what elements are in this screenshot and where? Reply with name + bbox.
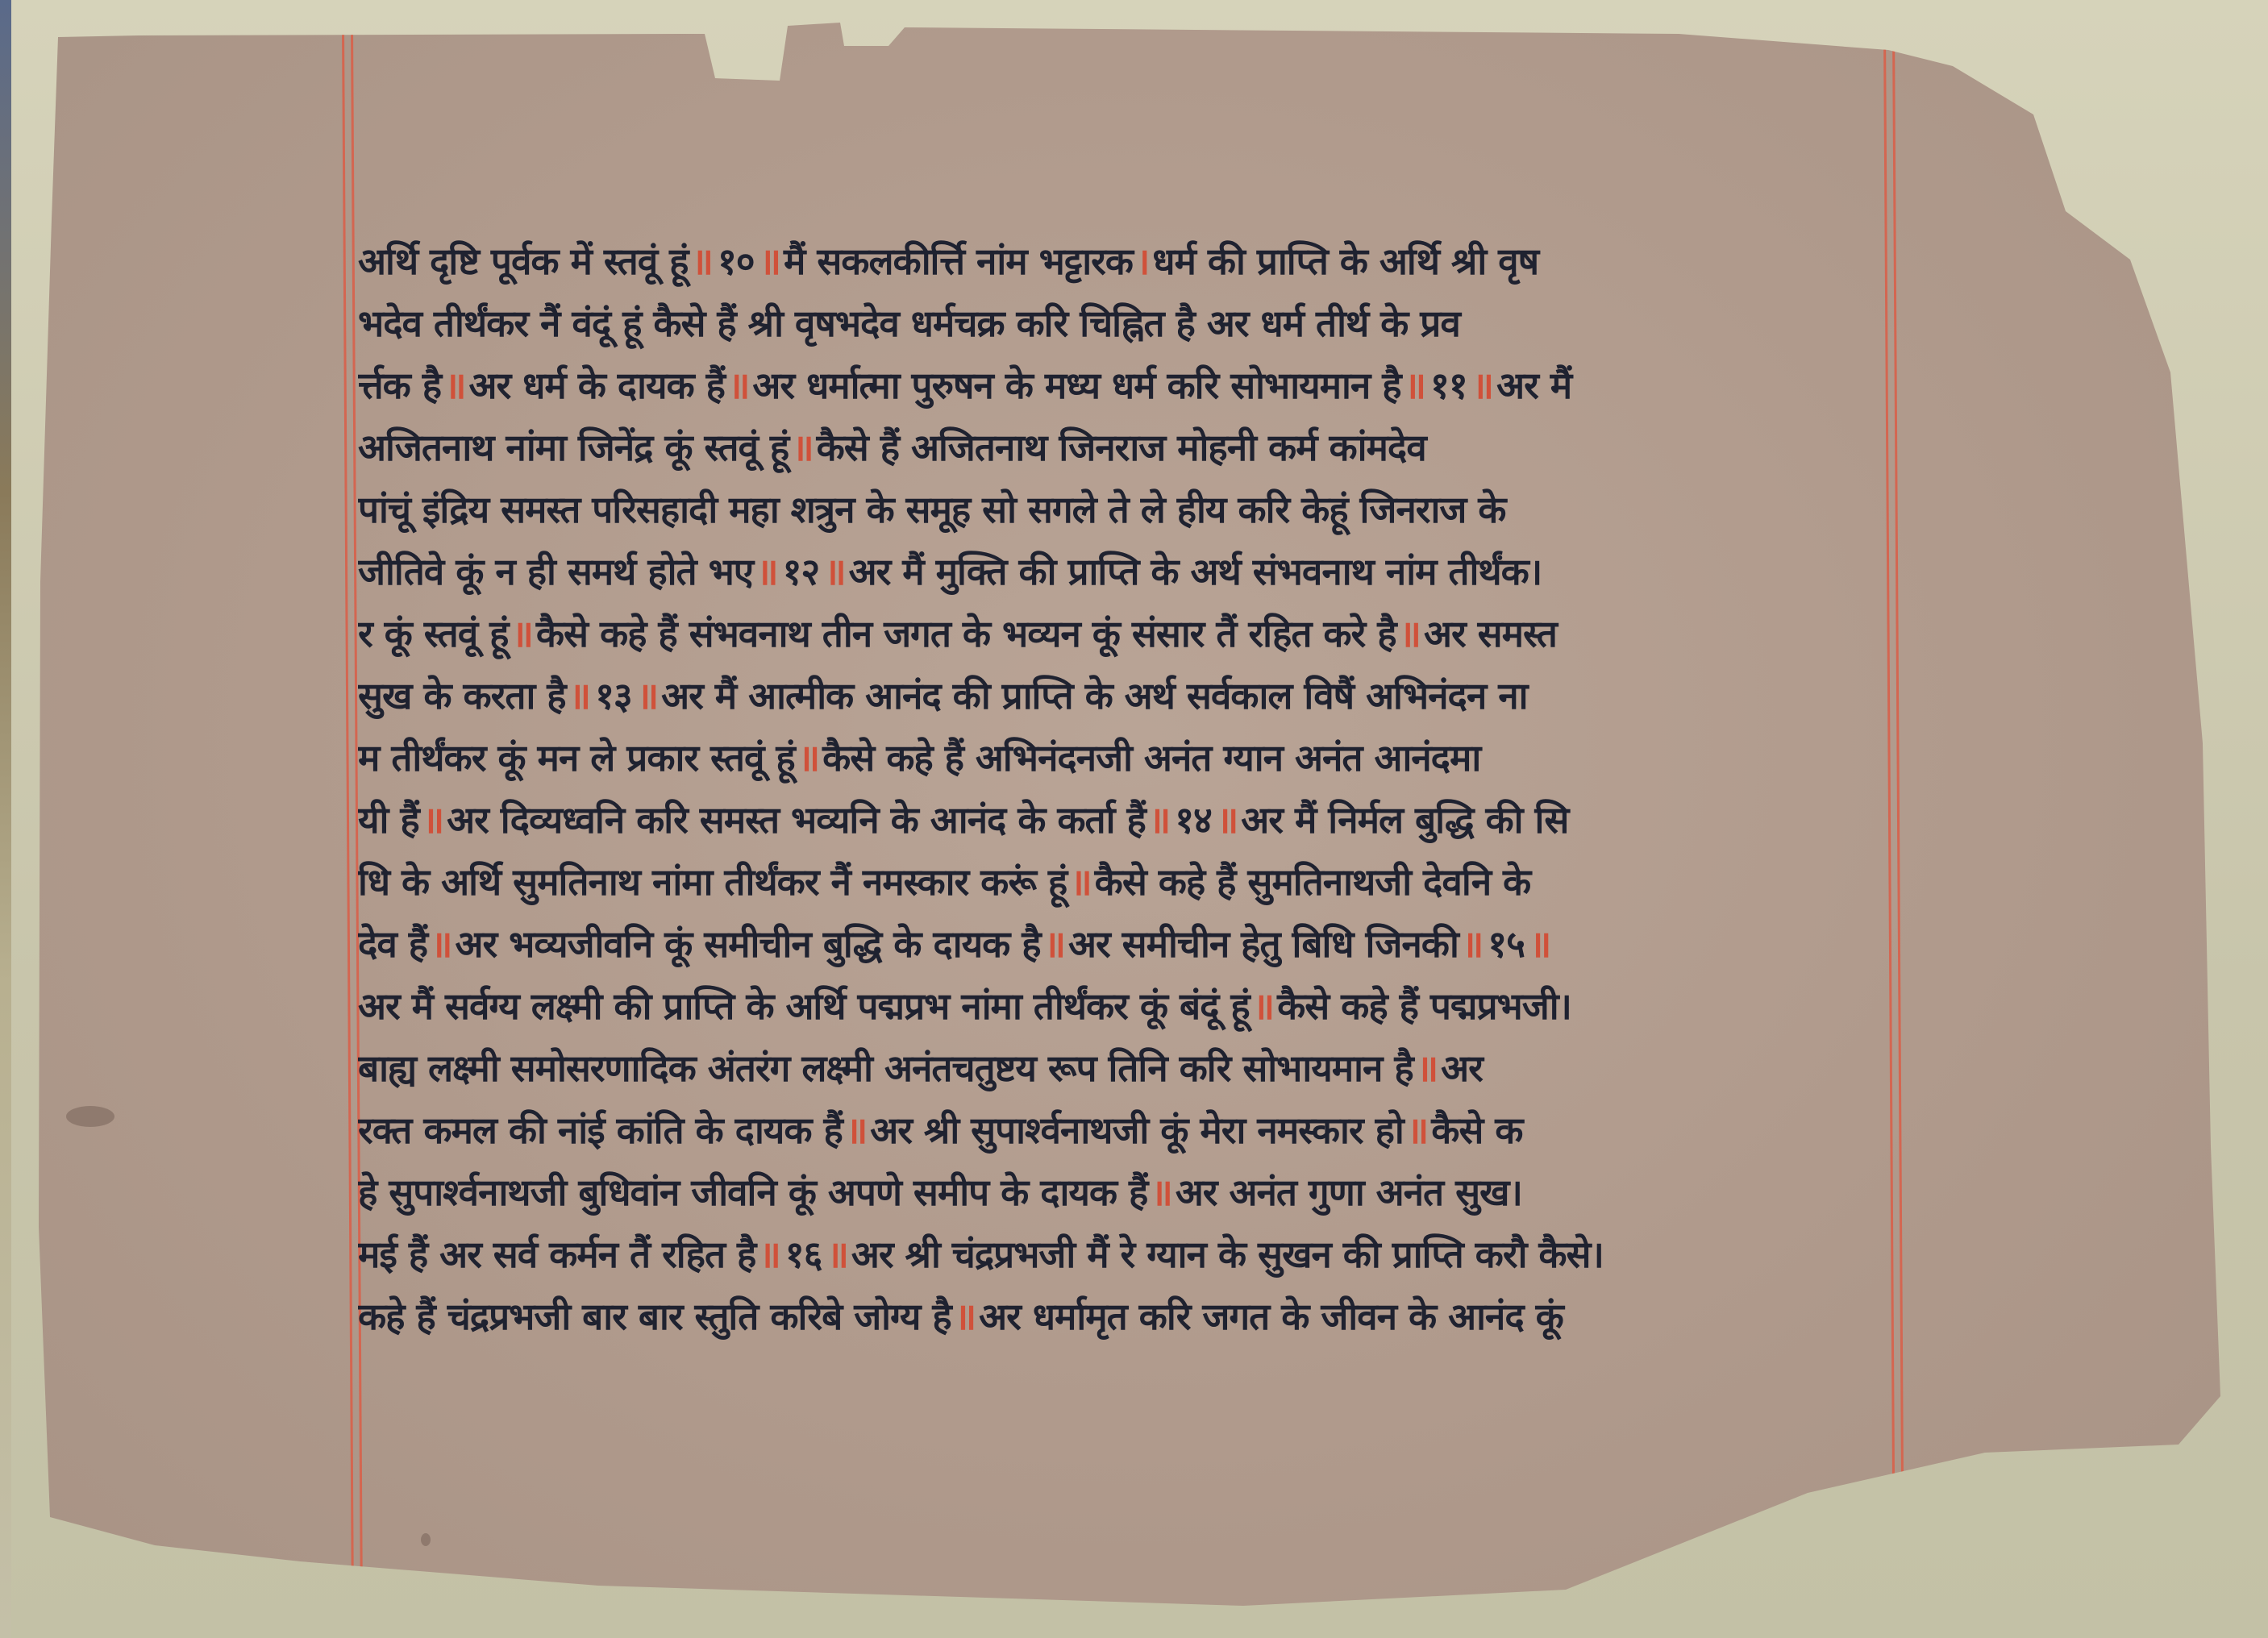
- text-segment: धि के अर्थि सुमतिनाथ नांमा तीर्थंकर नैं …: [358, 856, 1067, 906]
- red-danda-mark: ॥: [1149, 794, 1170, 844]
- red-danda-mark: ॥: [1472, 360, 1493, 409]
- text-segment: कैसे क: [1431, 1104, 1522, 1154]
- manuscript-line: कहे हैं चंद्रप्रभजी बार बार स्तुति करिबे…: [358, 1284, 1946, 1346]
- text-segment: अर भव्यजीवनि कूं समीचीन बुद्धि के दायक ह…: [455, 918, 1040, 968]
- manuscript-line: अर मैं सर्वग्य लक्ष्मी की प्राप्ति के अर…: [358, 974, 1946, 1036]
- text-segment: अर्थि दृष्टि पूर्वक में स्तवूं हूं: [358, 235, 689, 285]
- verse-number: १३: [595, 670, 632, 720]
- red-danda-mark: ॥: [1070, 856, 1091, 906]
- paper-stain: [421, 1533, 431, 1546]
- text-segment: अजितनाथ नांमा जिनेंद्र कूं स्तवूं हूं: [358, 422, 789, 472]
- text-segment: पांचूं इंद्रिय समस्त परिसहादी महा शत्रुन…: [358, 484, 1505, 534]
- manuscript-line: सुख के करता है॥१३॥अर मैं आत्मीक आनंद की …: [358, 663, 1946, 725]
- text-segment: अर श्री चंद्रप्रभजी मैं रे ग्यान के सुखन…: [851, 1228, 1604, 1278]
- manuscript-line: यी हैं॥अर दिव्यध्वनि करि समस्त भव्यनि के…: [358, 788, 1946, 850]
- red-danda-mark: ॥: [824, 546, 845, 596]
- text-segment: अर समीचीन हेतु बिधि जिनकी: [1068, 918, 1459, 968]
- text-segment: अर मैं मुक्ति की प्राप्ति के अर्थ संभवना…: [849, 546, 1542, 596]
- red-danda-mark: ॥: [1407, 1104, 1428, 1154]
- manuscript-line: पांचूं इंद्रिय समस्त परिसहादी महा शत्रुन…: [358, 477, 1946, 539]
- red-danda-mark: ॥: [692, 235, 713, 285]
- text-segment: अर धर्मात्मा पुरुषन के मध्य धर्म करि सोभ…: [752, 360, 1400, 409]
- text-segment: कैसे कहे हैं पद्मप्रभजी।: [1277, 980, 1571, 1030]
- red-danda-mark: ॥: [1417, 1042, 1438, 1092]
- manuscript-text-block: अर्थि दृष्टि पूर्वक में स्तवूं हूं॥१०॥मै…: [358, 229, 1946, 1346]
- red-danda-mark: ॥: [798, 732, 819, 782]
- manuscript-line: अजितनाथ नांमा जिनेंद्र कूं स्तवूं हूं॥कै…: [358, 415, 1946, 477]
- red-danda-mark: ॥: [826, 1228, 847, 1278]
- red-danda-mark: ।: [1136, 235, 1149, 285]
- manuscript-line: र्त्तक है॥अर धर्म के दायक हैं॥अर धर्मात्…: [358, 353, 1946, 415]
- background-edge-strip: [0, 0, 11, 1638]
- red-danda-mark: ॥: [759, 235, 780, 285]
- text-segment: कहे हैं चंद्रप्रभजी बार बार स्तुति करिबे…: [358, 1291, 951, 1341]
- text-segment: अर मैं आत्मीक आनंद की प्राप्ति के अर्थ स…: [661, 670, 1527, 720]
- text-segment: मई हैं अर सर्व कर्मन तैं रहित है: [358, 1228, 755, 1278]
- text-segment: बाह्य लक्ष्मी समोसरणादिक अंतरंग लक्ष्मी …: [358, 1042, 1413, 1092]
- red-danda-mark: ॥: [1529, 918, 1550, 968]
- red-danda-mark: ॥: [637, 670, 658, 720]
- text-segment: कैसे हैं अजितनाथ जिनराज मोहनी कर्म कांमद…: [817, 422, 1426, 472]
- text-segment: देव हैं: [358, 918, 427, 968]
- manuscript-line: मई हैं अर सर्व कर्मन तैं रहित है॥१६॥अर श…: [358, 1222, 1946, 1284]
- text-segment: अर श्री सुपार्श्वनाथजी कूं मेरा नमस्कार …: [870, 1104, 1404, 1154]
- red-danda-mark: ॥: [569, 670, 590, 720]
- text-segment: जीतिवे कूं न ही समर्थ होते भए: [358, 546, 753, 596]
- red-danda-mark: ॥: [1217, 794, 1238, 844]
- text-segment: अर दिव्यध्वनि करि समस्त भव्यनि के आनंद क…: [447, 794, 1146, 844]
- text-segment: अर: [1441, 1042, 1483, 1092]
- verse-number: १२: [783, 546, 820, 596]
- red-danda-mark: ॥: [422, 794, 443, 844]
- manuscript-line: र कूं स्तवूं हूं॥कैसे कहे हैं संभवनाथ ती…: [358, 601, 1946, 663]
- text-segment: कैसे कहे हैं सुमतिनाथजी देवनि के: [1095, 856, 1531, 906]
- red-danda-mark: ॥: [1400, 608, 1421, 658]
- manuscript-folio: अर्थि दृष्टि पूर्वक में स्तवूं हूं॥१०॥मै…: [34, 18, 2237, 1622]
- verse-number: १०: [718, 235, 755, 285]
- manuscript-line: भदेव तीर्थंकर नैं वंदूं हूं कैसे हैं श्र…: [358, 291, 1946, 353]
- red-danda-mark: ॥: [759, 1228, 780, 1278]
- manuscript-line: म तीर्थंकर कूं मन ले प्रकार स्तवूं हूं॥क…: [358, 725, 1946, 788]
- text-segment: अर धर्मामृत करि जगत के जीवन के आनंद कूं: [979, 1291, 1563, 1341]
- red-danda-mark: ॥: [1044, 918, 1065, 968]
- verse-number: १५: [1488, 918, 1525, 968]
- text-segment: हे सुपार्श्वनाथजी बुधिवांन जीवनि कूं अपण…: [358, 1166, 1147, 1216]
- manuscript-line: बाह्य लक्ष्मी समोसरणादिक अंतरंग लक्ष्मी …: [358, 1036, 1946, 1098]
- red-danda-mark: ॥: [756, 546, 777, 596]
- red-danda-mark: ॥: [1462, 918, 1483, 968]
- red-danda-mark: ॥: [444, 360, 465, 409]
- text-segment: अर अनंत गुणा अनंत सुख।: [1176, 1166, 1522, 1216]
- manuscript-line: रक्त कमल की नांई कांति के दायक हैं॥अर श्…: [358, 1098, 1946, 1160]
- text-segment: र कूं स्तवूं हूं: [358, 608, 508, 658]
- text-segment: धर्म की प्राप्ति के अर्थि श्री वृष: [1152, 235, 1538, 285]
- red-danda-mark: ॥: [846, 1104, 867, 1154]
- red-danda-mark: ॥: [1404, 360, 1425, 409]
- verse-number: १४: [1175, 794, 1212, 844]
- text-segment: अर समस्त: [1424, 608, 1557, 658]
- red-danda-mark: ॥: [728, 360, 749, 409]
- manuscript-line: जीतिवे कूं न ही समर्थ होते भए॥१२॥अर मैं …: [358, 539, 1946, 601]
- red-danda-mark: ॥: [1151, 1166, 1171, 1216]
- text-segment: रक्त कमल की नांई कांति के दायक हैं: [358, 1104, 843, 1154]
- manuscript-line: हे सुपार्श्वनाथजी बुधिवांन जीवनि कूं अपण…: [358, 1160, 1946, 1222]
- paper-stain: [66, 1106, 114, 1127]
- red-danda-mark: ॥: [1253, 980, 1274, 1030]
- text-segment: अर मैं: [1496, 360, 1571, 409]
- verse-number: १६: [785, 1228, 822, 1278]
- manuscript-line: अर्थि दृष्टि पूर्वक में स्तवूं हूं॥१०॥मै…: [358, 229, 1946, 291]
- text-segment: यी हैं: [358, 794, 419, 844]
- text-segment: अर मैं निर्मल बुद्धि की सि: [1241, 794, 1568, 844]
- text-segment: र्त्तक है: [358, 360, 441, 409]
- red-danda-mark: ॥: [431, 918, 452, 968]
- text-segment: कैसे कहे हैं अभिनंदनजी अनंत ग्यान अनंत आ…: [822, 732, 1480, 782]
- verse-number: ११: [1430, 360, 1467, 409]
- red-danda-mark: ॥: [792, 422, 813, 472]
- text-segment: भदेव तीर्थंकर नैं वंदूं हूं कैसे हैं श्र…: [358, 297, 1460, 347]
- red-danda-mark: ॥: [955, 1291, 976, 1341]
- text-segment: अर मैं सर्वग्य लक्ष्मी की प्राप्ति के अर…: [358, 980, 1250, 1030]
- text-segment: अर धर्म के दायक हैं: [469, 360, 725, 409]
- manuscript-line: देव हैं॥अर भव्यजीवनि कूं समीचीन बुद्धि क…: [358, 912, 1946, 974]
- manuscript-line: धि के अर्थि सुमतिनाथ नांमा तीर्थंकर नैं …: [358, 850, 1946, 912]
- text-segment: म तीर्थंकर कूं मन ले प्रकार स्तवूं हूं: [358, 732, 795, 782]
- red-danda-mark: ॥: [511, 608, 532, 658]
- text-segment: मैं सकलकीर्त्ति नांम भट्टारक: [784, 235, 1133, 285]
- text-segment: कैसे कहे हैं संभवनाथ तीन जगत के भव्यन कू…: [536, 608, 1396, 658]
- text-segment: सुख के करता है: [358, 670, 566, 720]
